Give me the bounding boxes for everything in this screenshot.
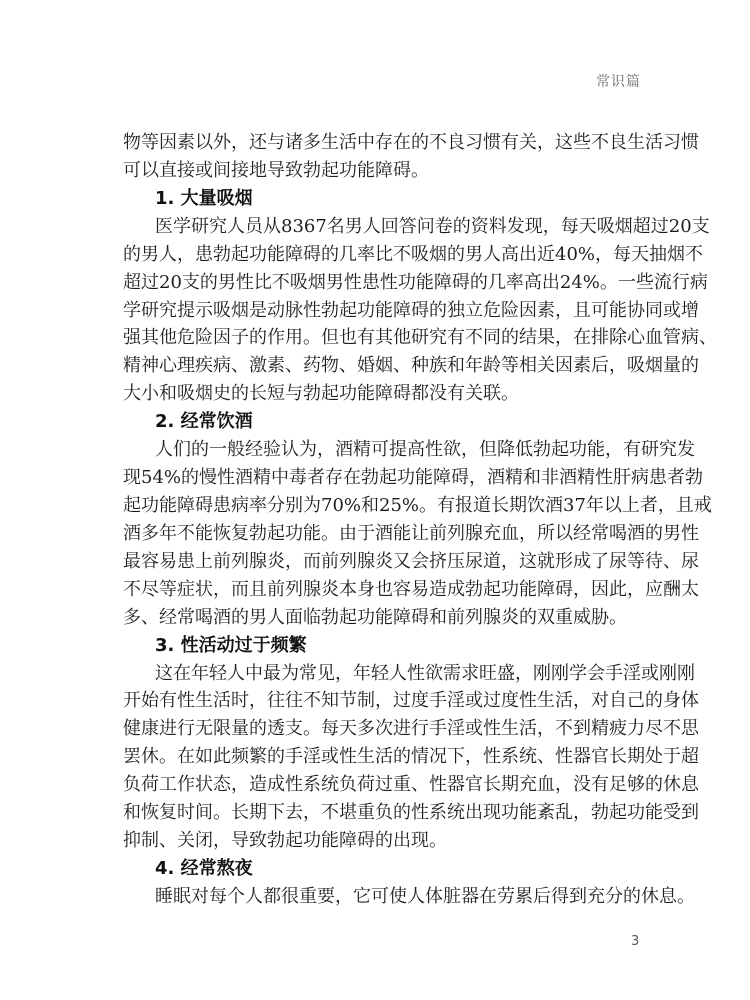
paragraph-line: 多、经常喝酒的男人面临勃起功能障碍和前列腺炎的双重威胁。 [123, 604, 639, 632]
paragraph-line: 健康进行无限量的透支。每天多次进行手淫或性生活，不到精疲力尽不思 [123, 715, 639, 743]
paragraph-line: 人们的一般经验认为，酒精可提高性欲，但降低勃起功能，有研究发 [123, 436, 639, 464]
paragraph-line: 酒多年不能恢复勃起功能。由于酒能让前列腺充血，所以经常喝酒的男性 [123, 520, 639, 548]
running-header: 常识篇 [596, 71, 641, 91]
paragraph-line: 最容易患上前列腺炎，而前列腺炎又会挤压尿道，这就形成了尿等待、尿 [123, 548, 639, 576]
paragraph-line: 开始有性生活时，往往不知节制，过度手淫或过度性生活，对自己的身体 [123, 687, 639, 715]
page-number: 3 [631, 934, 639, 949]
paragraph-line: 物等因素以外，还与诸多生活中存在的不良习惯有关，这些不良生活习惯 [123, 129, 639, 157]
section-heading-drinking: 2. 经常饮酒 [123, 408, 639, 436]
section-heading-smoking: 1. 大量吸烟 [123, 185, 639, 213]
paragraph-line: 大小和吸烟史的长短与勃起功能障碍都没有关联。 [123, 380, 639, 408]
paragraph-line: 这在年轻人中最为常见，年轻人性欲需求旺盛，刚刚学会手淫或刚刚 [123, 660, 639, 688]
section-heading-staying-up: 4. 经常熬夜 [123, 855, 639, 883]
paragraph-line: 学研究提示吸烟是动脉性勃起功能障碍的独立危险因素，且可能协同或增 [123, 297, 639, 325]
paragraph-line: 的男人，患勃起功能障碍的几率比不吸烟的男人高出近40%，每天抽烟不 [123, 241, 639, 269]
page-body: 物等因素以外，还与诸多生活中存在的不良习惯有关，这些不良生活习惯 可以直接或间接… [123, 129, 639, 911]
paragraph-line: 超过20支的男性比不吸烟男性患性功能障碍的几率高出24%。一些流行病 [123, 269, 639, 297]
paragraph-line: 抑制、关闭，导致勃起功能障碍的出现。 [123, 827, 639, 855]
section-heading-frequent-sex: 3. 性活动过于频繁 [123, 632, 639, 660]
paragraph-line: 强其他危险因子的作用。但也有其他研究有不同的结果，在排除心血管病、 [123, 324, 639, 352]
paragraph-line: 现54%的慢性酒精中毒者存在勃起功能障碍，酒精和非酒精性肝病患者勃 [123, 464, 639, 492]
paragraph-line: 睡眠对每个人都很重要，它可使人体脏器在劳累后得到充分的休息。 [123, 883, 639, 911]
paragraph-line: 和恢复时间。长期下去，不堪重负的性系统出现功能紊乱，勃起功能受到 [123, 799, 639, 827]
paragraph-line: 精神心理疾病、激素、药物、婚姻、种族和年龄等相关因素后，吸烟量的 [123, 352, 639, 380]
paragraph-line: 罢休。在如此频繁的手淫或性生活的情况下，性系统、性器官长期处于超 [123, 743, 639, 771]
paragraph-line: 可以直接或间接地导致勃起功能障碍。 [123, 157, 639, 185]
paragraph-line: 医学研究人员从8367名男人回答问卷的资料发现，每天吸烟超过20支 [123, 213, 639, 241]
paragraph-line: 负荷工作状态，造成性系统负荷过重、性器官长期充血，没有足够的休息 [123, 771, 639, 799]
paragraph-line: 起功能障碍患病率分别为70%和25%。有报道长期饮酒37年以上者，且戒 [123, 492, 639, 520]
paragraph-line: 不尽等症状，而且前列腺炎本身也容易造成勃起功能障碍，因此，应酬太 [123, 576, 639, 604]
